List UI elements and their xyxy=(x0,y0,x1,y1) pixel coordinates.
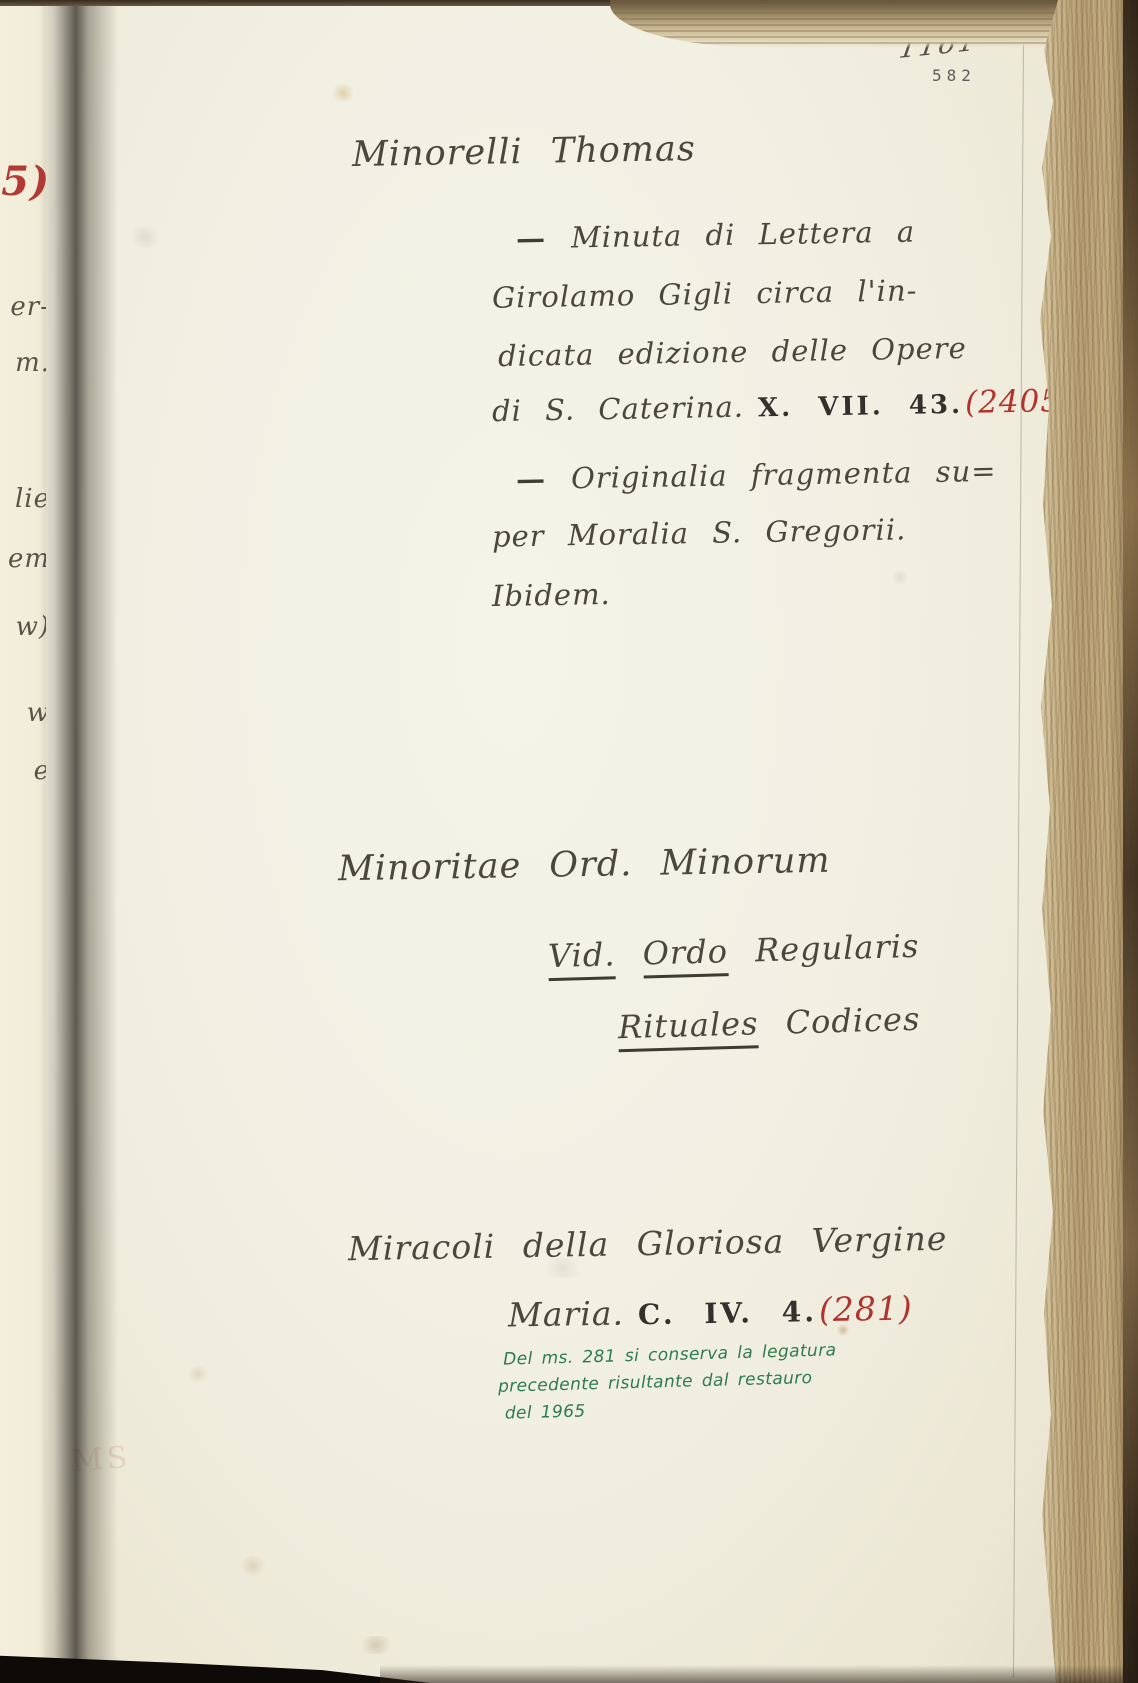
vid-label: Vid. xyxy=(548,935,617,981)
shelfmark: X. VII. 43. xyxy=(758,390,964,424)
shelfmark: C. IV. 4. xyxy=(638,1295,818,1331)
entry-author-heading: Minorelli Thomas xyxy=(352,129,696,175)
entry-text: Maria. xyxy=(508,1294,625,1335)
ref-target: Ordo xyxy=(642,932,728,978)
entry-title-line: Maria.C. IV. 4.(281) xyxy=(508,1288,913,1334)
entry-dash: — xyxy=(516,221,546,256)
restoration-note: Del ms. 281 si conserva la legatura prec… xyxy=(503,1337,838,1427)
manuscript-catalog-page-scan: 5) er- m. lie em w) w e 1161 582 Minorel… xyxy=(0,0,1138,1683)
fore-edge-shadow xyxy=(1123,0,1138,1683)
ref-target-rest: Regularis xyxy=(755,927,920,970)
gutter-shadow xyxy=(40,0,118,1683)
ref-target-rest: Codices xyxy=(785,1000,921,1042)
page-stamp-number: 582 xyxy=(932,66,976,85)
entry-dash: — xyxy=(516,462,546,497)
entry-line: —Minuta di Lettera a xyxy=(516,215,916,256)
entry-text: Minuta di Lettera a xyxy=(571,215,916,255)
entry-line: Ibidem. xyxy=(492,577,611,613)
bottom-edge-shadow xyxy=(380,1665,1138,1683)
entry-line: per Moralia S. Gregorii. xyxy=(492,512,907,553)
ref-target: Rituales xyxy=(618,1004,760,1052)
ms-number-red: (281) xyxy=(819,1288,913,1329)
catalog-leaf xyxy=(46,4,1058,1683)
entry-text: di S. Caterina. xyxy=(492,390,745,428)
